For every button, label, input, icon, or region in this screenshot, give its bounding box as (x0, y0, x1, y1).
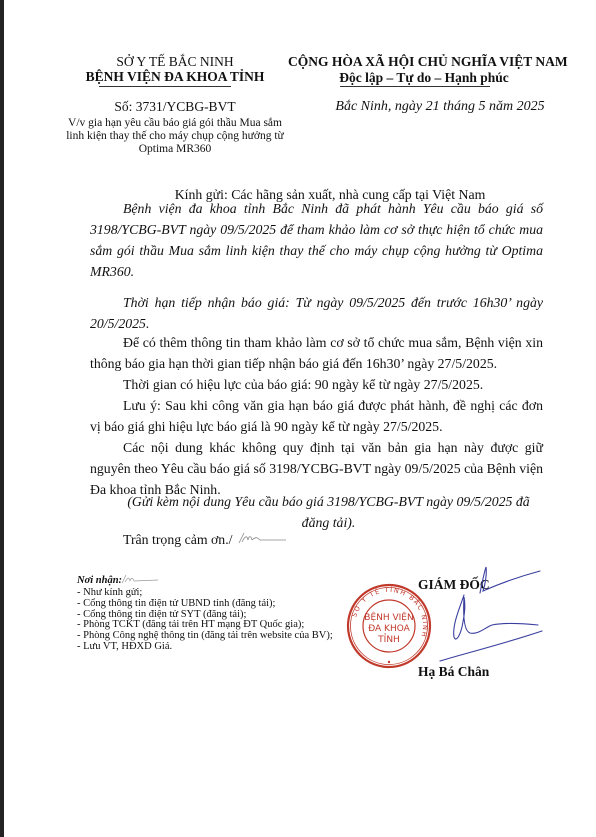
initials-mark-icon (236, 530, 288, 546)
document-number: Số: 3731/YCBG-BVT (70, 99, 280, 115)
closing-line: Trân trọng cảm ơn./ (123, 532, 233, 548)
paragraph-extension: Để có thêm thông tin tham khảo làm cơ sở… (90, 332, 543, 374)
recipient-item: - Lưu VT, HĐXD Giá. (77, 642, 333, 653)
paragraph-deadline: Thời hạn tiếp nhận báo giá: Từ ngày 09/5… (90, 292, 543, 334)
document-subject: V/v gia hạn yêu cầu báo giá gói thầu Mua… (60, 117, 290, 157)
org-name: BỆNH VIỆN ĐA KHOA TỈNH (70, 68, 280, 85)
stamp-line: BỆNH VIỆN (364, 611, 413, 623)
recipients-title: Nơi nhận: (77, 575, 122, 587)
place-date: Bắc Ninh, ngày 21 tháng 5 năm 2025 (320, 99, 560, 115)
recipient-item: - Cổng thông tin điện tử UBND tỉnh (đăng… (77, 599, 333, 610)
motto-underline (340, 86, 490, 87)
paragraph-background: Bệnh viện đa khoa tỉnh Bắc Ninh đã phát … (90, 198, 543, 282)
stamp-line: ĐA KHOA (368, 624, 410, 634)
attachment-note: (Gửi kèm nội dung Yêu cầu báo giá 3198/Y… (90, 491, 543, 533)
national-title: CỘNG HÒA XÃ HỘI CHỦ NGHĨA VIỆT NAM (288, 53, 560, 70)
recipients-list: - Như kính gửi; - Cổng thông tin điện tử… (77, 588, 333, 653)
paragraph-note: Lưu ý: Sau khi công văn gia hạn báo giá … (90, 395, 543, 437)
handwritten-signature-icon (430, 565, 545, 665)
initials-mark-icon (120, 572, 160, 586)
signer-name: Hạ Bá Chân (418, 664, 489, 680)
stamp-line: TỈNH (377, 633, 400, 645)
org-underline (99, 86, 231, 87)
official-stamp-icon: SỞ Y TẾ TỈNH BẮC NINH BỆNH VIỆN ĐA KHOA … (345, 582, 433, 670)
paragraph-validity: Thời gian có hiệu lực của báo giá: 90 ng… (90, 374, 543, 395)
national-motto: Độc lập – Tự do – Hạnh phúc (288, 70, 560, 86)
viewer-left-edge (0, 0, 4, 837)
